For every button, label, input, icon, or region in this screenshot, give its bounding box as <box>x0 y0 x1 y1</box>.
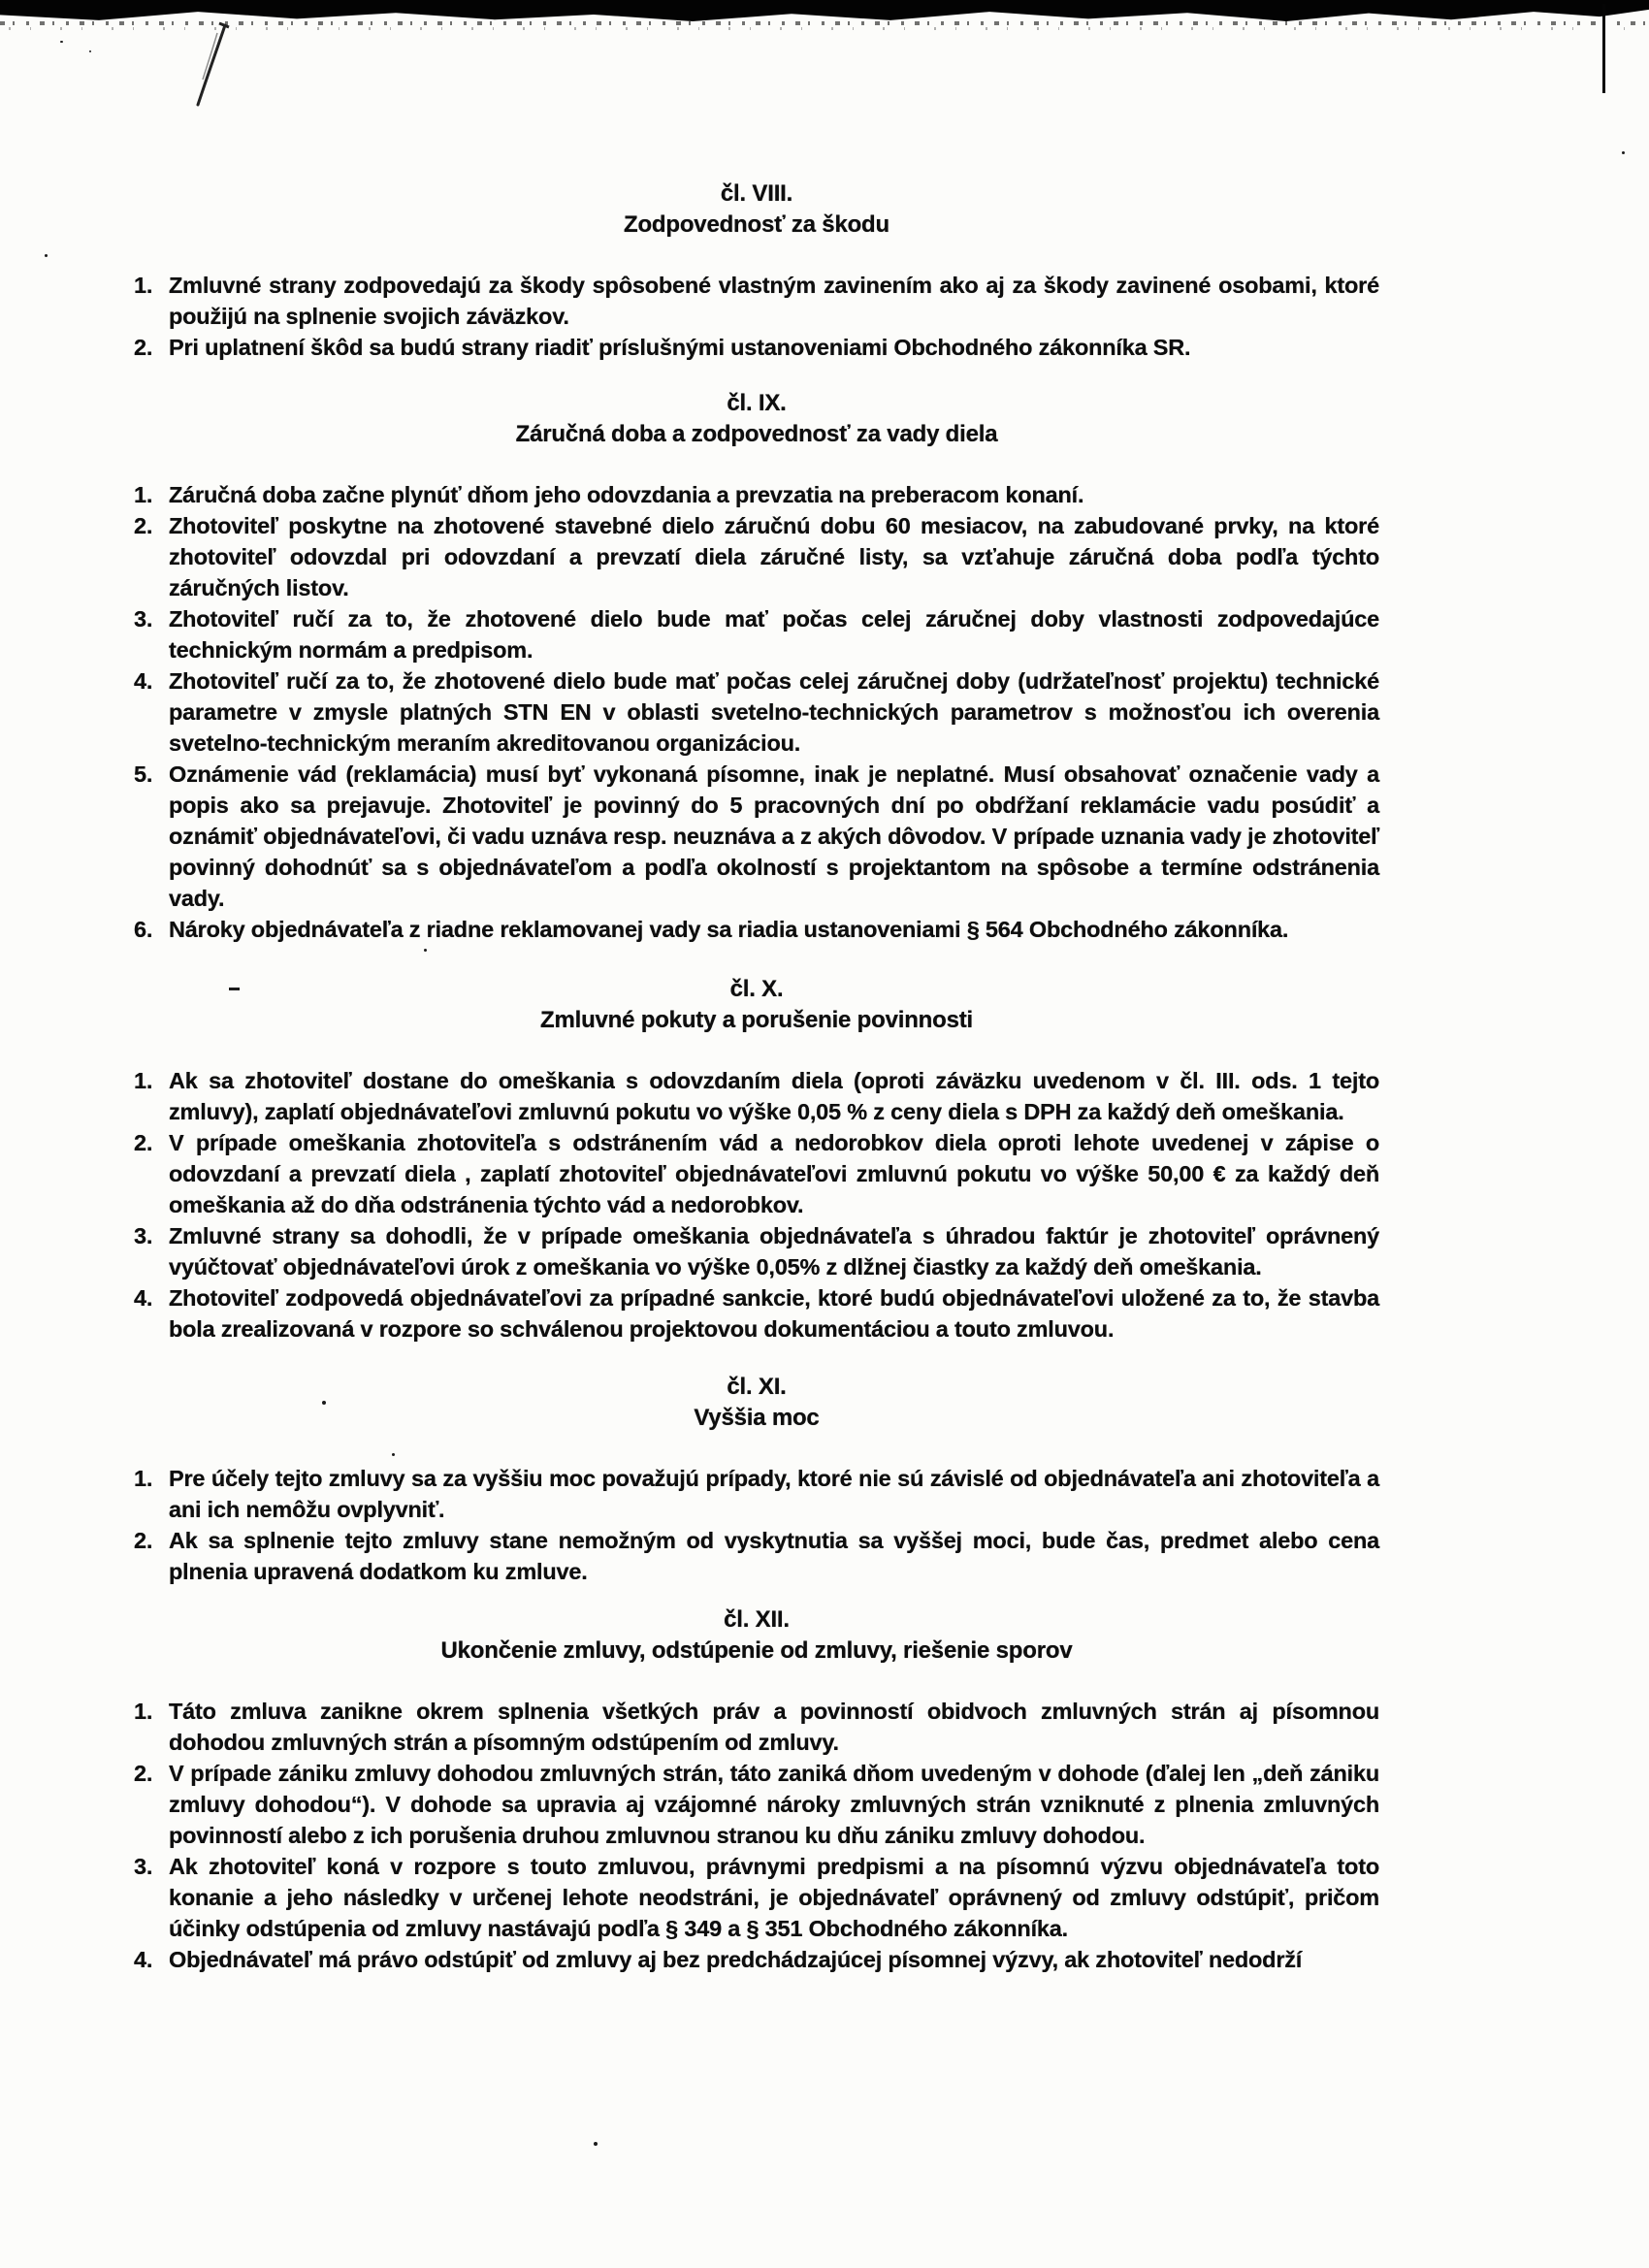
document-page: čl. VIII. Zodpovednosť za škodu 1. Zmluv… <box>0 0 1649 2268</box>
article-xi: čl. XI. Vyššia moc 1. Pre účely tejto zm… <box>134 1372 1379 1587</box>
article-title: Zmluvné pokuty a porušenie povinnosti <box>134 1005 1379 1036</box>
list-item: 4. Zhotoviteľ ručí za to, že zhotovené d… <box>134 665 1379 759</box>
article-title: Záručná doba a zodpovednosť za vady diel… <box>134 419 1379 450</box>
list-item: 4. Zhotoviteľ zodpovedá objednávateľovi … <box>134 1282 1379 1345</box>
item-number: 3. <box>134 603 169 665</box>
list-item: 3. Ak zhotoviteľ koná v rozpore s touto … <box>134 1851 1379 1944</box>
scan-speck <box>89 50 91 52</box>
list-item: 3. Zhotoviteľ ručí za to, že zhotovené d… <box>134 603 1379 665</box>
item-text: Zmluvné strany sa dohodli, že v prípade … <box>169 1220 1379 1282</box>
item-text: Ak sa splnenie tejto zmluvy stane nemožn… <box>169 1525 1379 1587</box>
article-items: 1. Zmluvné strany zodpovedajú za škody s… <box>134 270 1379 363</box>
scan-speck <box>594 2142 598 2146</box>
list-item: 1. Zmluvné strany zodpovedajú za škody s… <box>134 270 1379 332</box>
item-number: 4. <box>134 1944 169 1975</box>
article-heading: čl. X. Zmluvné pokuty a porušenie povinn… <box>134 974 1379 1036</box>
article-title: Ukončenie zmluvy, odstúpenie od zmluvy, … <box>134 1636 1379 1667</box>
scan-speck <box>60 41 63 43</box>
item-text: Zhotoviteľ ručí za to, že zhotovené diel… <box>169 603 1379 665</box>
item-number: 1. <box>134 479 169 510</box>
list-item: 1. Pre účely tejto zmluvy sa za vyššiu m… <box>134 1463 1379 1525</box>
list-item: 3. Zmluvné strany sa dohodli, že v prípa… <box>134 1220 1379 1282</box>
item-text: Zhotoviteľ ručí za to, že zhotovené diel… <box>169 665 1379 759</box>
article-items: 1. Táto zmluva zanikne okrem splnenia vš… <box>134 1696 1379 1975</box>
item-text: V prípade zániku zmluvy dohodou zmluvnýc… <box>169 1758 1379 1851</box>
scanner-noise-artifact <box>0 27 1649 30</box>
item-number: 1. <box>134 1065 169 1127</box>
list-item: 2. Pri uplatnení škôd sa budú strany ria… <box>134 332 1379 363</box>
article-items: 1. Pre účely tejto zmluvy sa za vyššiu m… <box>134 1463 1379 1587</box>
list-item: 2. V prípade omeškania zhotoviteľa s ods… <box>134 1127 1379 1220</box>
article-viii: čl. VIII. Zodpovednosť za škodu 1. Zmluv… <box>134 178 1379 363</box>
article-heading: čl. IX. Záručná doba a zodpovednosť za v… <box>134 388 1379 450</box>
article-number: čl. VIII. <box>134 178 1379 210</box>
scan-line-artifact <box>1602 4 1605 93</box>
item-number: 1. <box>134 1463 169 1525</box>
article-ix: čl. IX. Záručná doba a zodpovednosť za v… <box>134 388 1379 945</box>
article-heading: čl. XII. Ukončenie zmluvy, odstúpenie od… <box>134 1604 1379 1667</box>
item-number: 2. <box>134 510 169 603</box>
item-text: V prípade omeškania zhotoviteľa s odstrá… <box>169 1127 1379 1220</box>
item-number: 3. <box>134 1851 169 1944</box>
list-item: 6. Nároky objednávateľa z riadne reklamo… <box>134 914 1379 945</box>
list-item: 5. Oznámenie vád (reklamácia) musí byť v… <box>134 759 1379 914</box>
list-item: 2. V prípade zániku zmluvy dohodou zmluv… <box>134 1758 1379 1851</box>
item-number: 6. <box>134 914 169 945</box>
contract-body: čl. VIII. Zodpovednosť za škodu 1. Zmluv… <box>134 178 1379 1975</box>
article-x: čl. X. Zmluvné pokuty a porušenie povinn… <box>134 974 1379 1345</box>
item-text: Oznámenie vád (reklamácia) musí byť vyko… <box>169 759 1379 914</box>
list-item: 1. Táto zmluva zanikne okrem splnenia vš… <box>134 1696 1379 1758</box>
item-text: Zmluvné strany zodpovedajú za škody spôs… <box>169 270 1379 332</box>
list-item: 2. Zhotoviteľ poskytne na zhotovené stav… <box>134 510 1379 603</box>
item-number: 1. <box>134 270 169 332</box>
scanner-noise-artifact <box>0 21 1649 25</box>
item-text: Ak sa zhotoviteľ dostane do omeškania s … <box>169 1065 1379 1127</box>
list-item: 2. Ak sa splnenie tejto zmluvy stane nem… <box>134 1525 1379 1587</box>
item-text: Nároky objednávateľa z riadne reklamovan… <box>169 914 1379 945</box>
item-text: Pri uplatnení škôd sa budú strany riadiť… <box>169 332 1379 363</box>
article-number: čl. IX. <box>134 388 1379 419</box>
pen-mark <box>175 21 242 109</box>
item-number: 5. <box>134 759 169 914</box>
item-text: Zhotoviteľ poskytne na zhotovené stavebn… <box>169 510 1379 603</box>
scanner-edge-artifact <box>0 0 1649 21</box>
article-items: 1. Ak sa zhotoviteľ dostane do omeškania… <box>134 1065 1379 1345</box>
item-number: 4. <box>134 1282 169 1345</box>
item-text: Táto zmluva zanikne okrem splnenia všetk… <box>169 1696 1379 1758</box>
article-title: Vyššia moc <box>134 1403 1379 1434</box>
item-number: 3. <box>134 1220 169 1282</box>
item-number: 2. <box>134 332 169 363</box>
item-number: 2. <box>134 1758 169 1851</box>
article-number: čl. X. <box>134 974 1379 1005</box>
item-text: Pre účely tejto zmluvy sa za vyššiu moc … <box>169 1463 1379 1525</box>
scan-speck <box>45 254 48 257</box>
item-text: Ak zhotoviteľ koná v rozpore s touto zml… <box>169 1851 1379 1944</box>
article-title: Zodpovednosť za škodu <box>134 210 1379 241</box>
scan-speck <box>1622 151 1625 154</box>
item-number: 2. <box>134 1525 169 1587</box>
article-xii: čl. XII. Ukončenie zmluvy, odstúpenie od… <box>134 1604 1379 1975</box>
item-text: Záručná doba začne plynúť dňom jeho odov… <box>169 479 1379 510</box>
item-text: Zhotoviteľ zodpovedá objednávateľovi za … <box>169 1282 1379 1345</box>
item-number: 4. <box>134 665 169 759</box>
item-number: 1. <box>134 1696 169 1758</box>
article-number: čl. XII. <box>134 1604 1379 1636</box>
article-heading: čl. VIII. Zodpovednosť za škodu <box>134 178 1379 241</box>
list-item: 1. Ak sa zhotoviteľ dostane do omeškania… <box>134 1065 1379 1127</box>
article-items: 1. Záručná doba začne plynúť dňom jeho o… <box>134 479 1379 945</box>
article-number: čl. XI. <box>134 1372 1379 1403</box>
item-text: Objednávateľ má právo odstúpiť od zmluvy… <box>169 1944 1379 1975</box>
list-item: 4. Objednávateľ má právo odstúpiť od zml… <box>134 1944 1379 1975</box>
item-number: 2. <box>134 1127 169 1220</box>
list-item: 1. Záručná doba začne plynúť dňom jeho o… <box>134 479 1379 510</box>
article-heading: čl. XI. Vyššia moc <box>134 1372 1379 1434</box>
